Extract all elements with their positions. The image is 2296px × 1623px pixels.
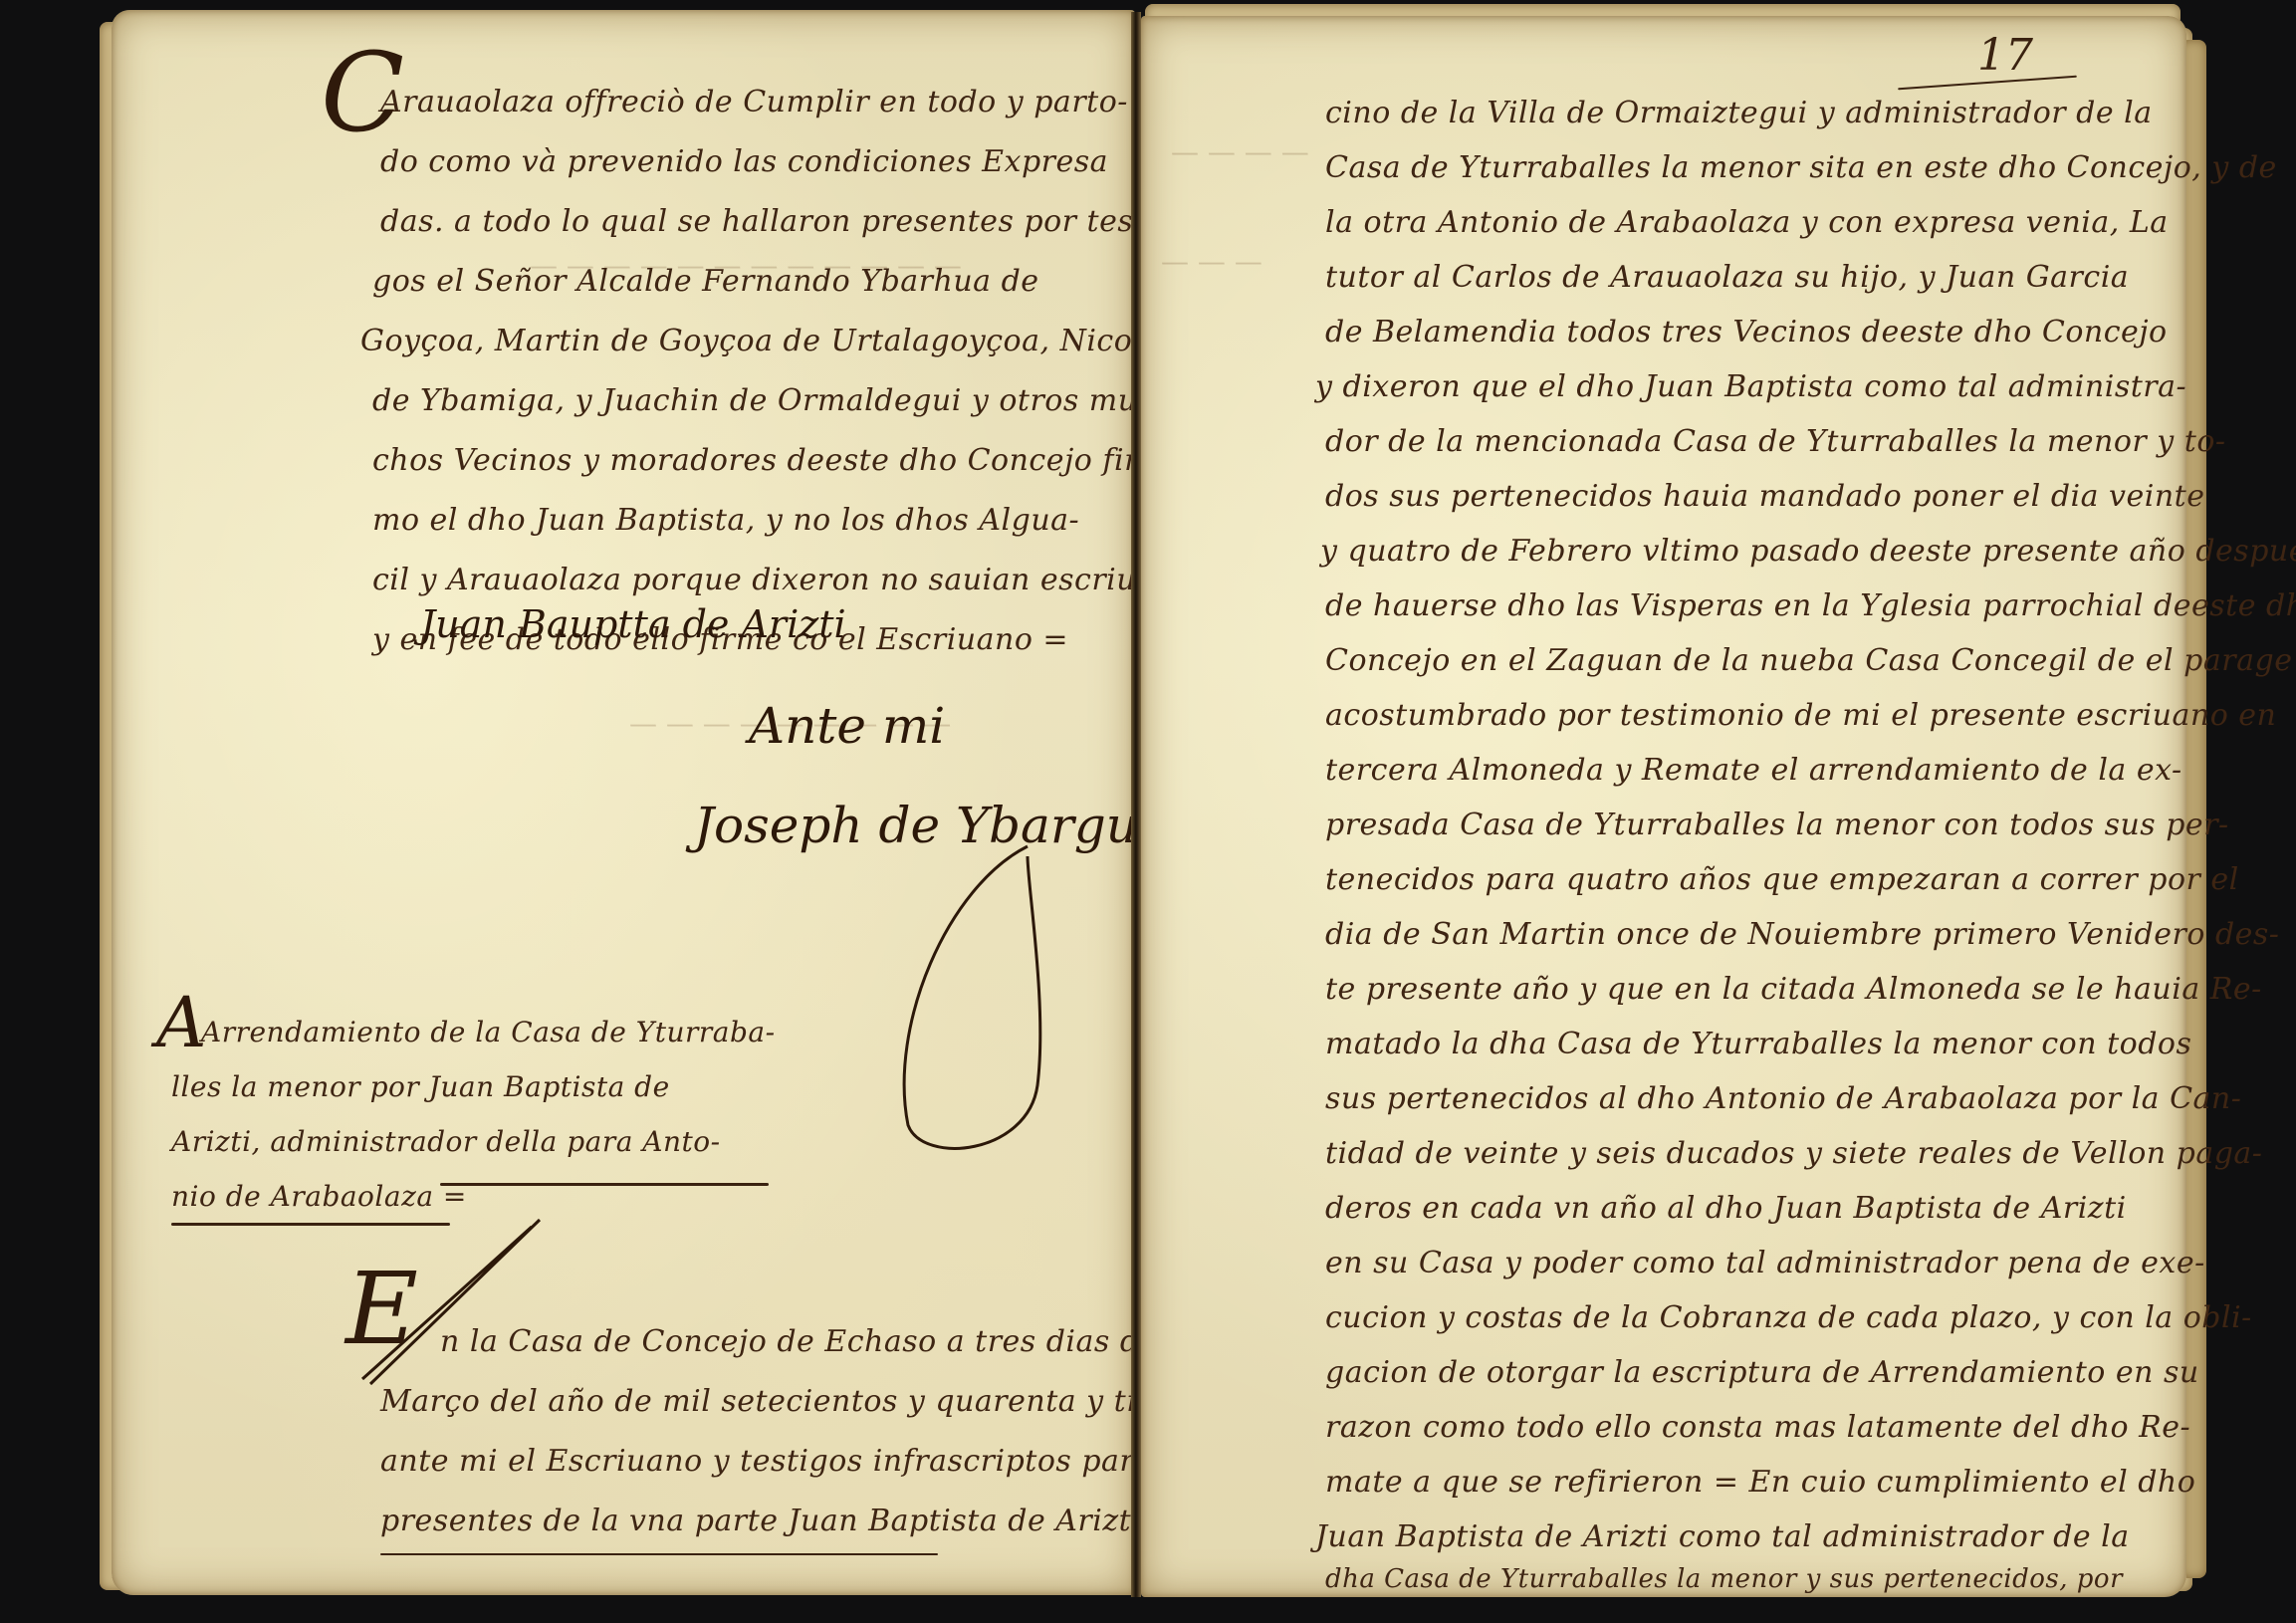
text-line: Arizti, administrador della para Anto- [171, 1125, 721, 1158]
text-line: Concejo en el Zaguan de la nueba Casa Co… [1325, 643, 2292, 678]
text-line: Março del año de mil setecientos y quare… [380, 1384, 1175, 1419]
text-line: tercera Almoneda y Remate el arrendamien… [1325, 753, 2182, 788]
signature-flourish-icon [828, 826, 1087, 1165]
text-line: Casa de Yturraballes la menor sita en es… [1325, 150, 2277, 185]
margin-heading-capital: A [156, 988, 207, 1057]
text-line: matado la dha Casa de Yturraballes la me… [1325, 1027, 2191, 1061]
text-line: razon como todo ello consta mas latament… [1325, 1410, 2190, 1445]
text-line: cino de la Villa de Ormaiztegui y admini… [1325, 96, 2153, 130]
drop-capital: E [345, 1260, 418, 1359]
text-line: tenecidos para quatro años que empezaran… [1325, 862, 2239, 897]
signature-ante-mi: Ante mi [749, 697, 945, 755]
text-line: de Ybamiga, y Juachin de Ormaldegui y ot… [372, 383, 1138, 418]
text-line: lles la menor por Juan Baptista de [171, 1070, 670, 1103]
text-line: gos el Señor Alcalde Fernando Ybarhua de [372, 264, 1039, 299]
text-line: en su Casa y poder como tal administrado… [1325, 1246, 2205, 1280]
text-line: Arauaolaza offreciò de Cumplir en todo y… [380, 85, 1128, 119]
text-line: dha Casa de Yturraballes la menor y sus … [1325, 1564, 2123, 1594]
closing-rule [380, 1553, 938, 1555]
text-line: cucion y costas de la Cobranza de cada p… [1325, 1300, 2252, 1335]
text-line: cil y Arauaolaza porque dixeron no sauia… [372, 563, 1161, 597]
text-line: presada Casa de Yturraballes la menor co… [1325, 808, 2229, 842]
text-line: y quatro de Febrero vltimo pasado deeste… [1320, 534, 2296, 569]
signature-juan-bautista: Juan Bauptta de Arizti [420, 602, 846, 646]
text-line: dia de San Martin once de Nouiembre prim… [1325, 917, 2279, 952]
text-line: tutor al Carlos de Arauaolaza su hijo, y… [1325, 260, 2129, 295]
text-line: Goyçoa, Martin de Goyçoa de Urtalagoyçoa… [360, 324, 1177, 358]
text-line: chos Vecinos y moradores deeste dho Conc… [372, 443, 1139, 478]
text-line: presentes de la vna parte Juan Baptista … [380, 1504, 1200, 1538]
text-line: te presente año y que en la citada Almon… [1325, 972, 2262, 1007]
bleed-through-text: — — — [1161, 245, 1263, 278]
text-line: Arrendamiento de la Casa de Yturraba- [201, 1016, 776, 1048]
text-line: dos sus pertenecidos hauia mandado poner… [1325, 479, 2204, 514]
bleed-through-text: — — — — [1171, 135, 1309, 168]
text-line: ante mi el Escriuano y testigos infrascr… [380, 1444, 1251, 1479]
folio-number: 17 [1977, 30, 2033, 81]
text-line: nio de Arabaolaza = [171, 1180, 467, 1213]
book-gutter [1131, 12, 1141, 1597]
text-line: deros en cada vn año al dho Juan Baptist… [1325, 1191, 2127, 1226]
text-line: dor de la mencionada Casa de Yturraballe… [1325, 424, 2226, 459]
text-line: do como và prevenido las condiciones Exp… [380, 144, 1108, 179]
text-line: y dixeron que el dho Juan Baptista como … [1315, 369, 2186, 404]
open-manuscript-book: — — — — — — — — — — — — — — — — — — — — … [0, 0, 2296, 1623]
text-line: Juan Baptista de Arizti como tal adminis… [1315, 1519, 2130, 1554]
left-page: — — — — — — — — — — — — — — — — — — — — … [112, 10, 1135, 1595]
text-line: gacion de otorgar la escriptura de Arren… [1325, 1355, 2199, 1390]
text-line: sus pertenecidos al dho Antonio de Araba… [1325, 1081, 2241, 1116]
text-line: mo el dho Juan Baptista, y no los dhos A… [372, 503, 1079, 538]
text-line: tidad de veinte y seis ducados y siete r… [1325, 1136, 2262, 1171]
text-line: de Belamendia todos tres Vecinos deeste … [1325, 315, 2168, 349]
text-line: de hauerse dho las Visperas en la Yglesi… [1325, 588, 2296, 623]
text-line: la otra Antonio de Arabaolaza y con expr… [1325, 205, 2169, 240]
right-page: — — — — — — — 17 cino de la Villa de Orm… [1141, 16, 2186, 1597]
text-line: das. a todo lo qual se hallaron presente… [380, 204, 1167, 239]
text-line: acostumbrado por testimonio de mi el pre… [1325, 698, 2276, 733]
text-line: mate a que se refirieron = En cuio cumpl… [1325, 1465, 2195, 1500]
heading-underline [440, 1183, 769, 1186]
